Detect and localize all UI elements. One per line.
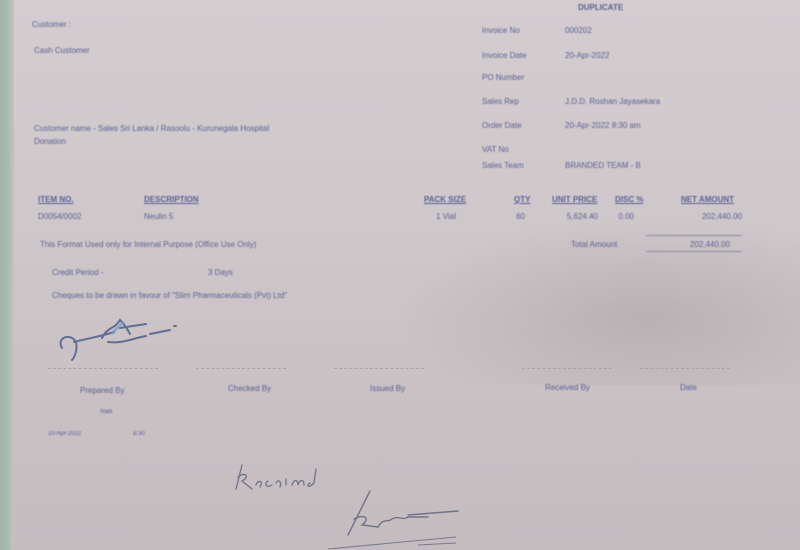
credit-label: Credit Period -: [52, 268, 104, 277]
total-value: 202,440.00: [690, 240, 730, 249]
info-value: 000202: [565, 26, 592, 35]
table-header: NET AMOUNT: [681, 195, 734, 204]
info-value: 20-Apr-2022 8:30 am: [565, 121, 641, 130]
table-header: PACK SIZE: [424, 195, 466, 204]
table-cell: 60: [516, 212, 525, 221]
preparer-name: Nadi: [100, 409, 112, 415]
background-edge: [0, 0, 14, 550]
total-line-top: [646, 235, 742, 236]
table-header: DESCRIPTION: [144, 195, 199, 204]
sign-line: [640, 368, 730, 369]
received-handwriting-icon: [228, 455, 478, 550]
table-cell: 1 Vial: [436, 212, 456, 221]
cheque-note: Cheques to be drawn in favour of "Slim P…: [52, 291, 287, 300]
customer-note: Customer name - Sales Sri Lanka / Rasool…: [34, 124, 269, 133]
customer-note-2: Donation: [34, 137, 66, 146]
signature-scribble-icon: [50, 308, 190, 368]
table-cell: 0.00: [618, 212, 634, 221]
issued-by-label: Issued By: [370, 384, 405, 393]
info-label: VAT No: [482, 145, 509, 154]
credit-value: 3 Days: [208, 268, 233, 277]
sign-line: [196, 368, 286, 369]
info-label: Sales Team: [482, 161, 524, 170]
prepared-date: 20-Apr-2022: [48, 431, 81, 437]
customer-name: Cash Customer: [34, 46, 90, 55]
customer-label: Customer :: [32, 20, 71, 29]
info-label: Invoice Date: [482, 51, 526, 60]
table-cell: Neulin 5: [144, 212, 173, 221]
table-header: DISC %: [615, 195, 643, 204]
date-label: Date: [680, 383, 697, 392]
table-header: UNIT PRICE: [552, 195, 597, 204]
info-label: Order Date: [482, 121, 522, 130]
info-label: Invoice No: [482, 26, 520, 35]
total-line-bottom: [646, 251, 742, 252]
internal-note: This Format Used only for Internal Purpo…: [40, 240, 256, 249]
table-cell: 5,624.40: [567, 212, 598, 221]
total-label: Total Amount: [571, 240, 617, 249]
info-value: J.D.D. Roshan Jayasekara: [565, 97, 660, 106]
table-header: ITEM NO.: [38, 195, 74, 204]
sign-line: [334, 368, 424, 369]
prepared-by-label: Prepared By: [80, 386, 124, 395]
copy-label: DUPLICATE: [578, 3, 623, 12]
info-label: PO Number: [482, 73, 524, 82]
checked-by-label: Checked By: [228, 384, 271, 393]
info-label: Sales Rep: [482, 97, 519, 106]
prepared-time: 8:30: [133, 431, 145, 437]
info-value: BRANDED TEAM - B: [565, 161, 641, 170]
table-header: QTY: [514, 195, 530, 204]
info-value: 20-Apr-2022: [565, 51, 609, 60]
table-cell: D0054/0002: [38, 212, 82, 221]
table-cell: 202,440.00: [702, 212, 742, 221]
sign-line: [48, 368, 158, 369]
sign-line: [522, 368, 612, 369]
received-by-label: Received By: [545, 383, 590, 392]
